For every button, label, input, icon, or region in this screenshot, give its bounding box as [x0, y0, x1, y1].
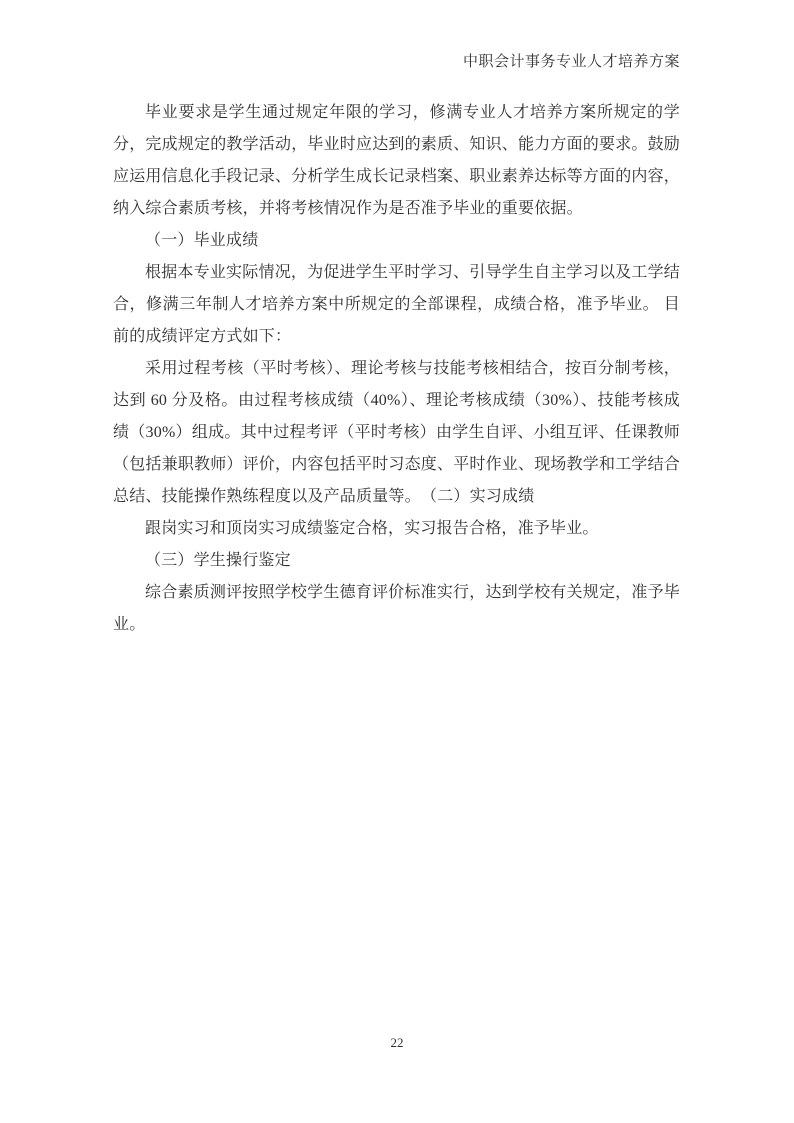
page-number: 22	[0, 1034, 794, 1052]
document-page: 中职会计事务专业人才培养方案 毕业要求是学生通过规定年限的学习，修满专业人才培养…	[0, 0, 794, 1123]
heading-graduation-grades: （一）毕业成绩	[113, 225, 680, 257]
paragraph-grade-policy: 根据本专业实际情况，为促进学生平时学习、引导学生自主学习以及工学结合，修满三年制…	[113, 257, 680, 353]
document-body: 毕业要求是学生通过规定年限的学习，修满专业人才培养方案所规定的学分，完成规定的教…	[113, 97, 680, 641]
paragraph-graduation-requirements: 毕业要求是学生通过规定年限的学习，修满专业人才培养方案所规定的学分，完成规定的教…	[113, 97, 680, 225]
paragraph-internship-grades: 跟岗实习和顶岗实习成绩鉴定合格，实习报告合格，准予毕业。	[113, 513, 680, 545]
heading-student-conduct-appraisal: （三）学生操行鉴定	[113, 545, 680, 577]
page-header-title: 中职会计事务专业人才培养方案	[113, 52, 680, 72]
paragraph-assessment-composition: 采用过程考核（平时考核）、理论考核与技能考核相结合，按百分制考核，达到 60 分…	[113, 353, 680, 513]
paragraph-comprehensive-quality: 综合素质测评按照学校学生德育评价标准实行，达到学校有关规定，准予毕业。	[113, 577, 680, 641]
